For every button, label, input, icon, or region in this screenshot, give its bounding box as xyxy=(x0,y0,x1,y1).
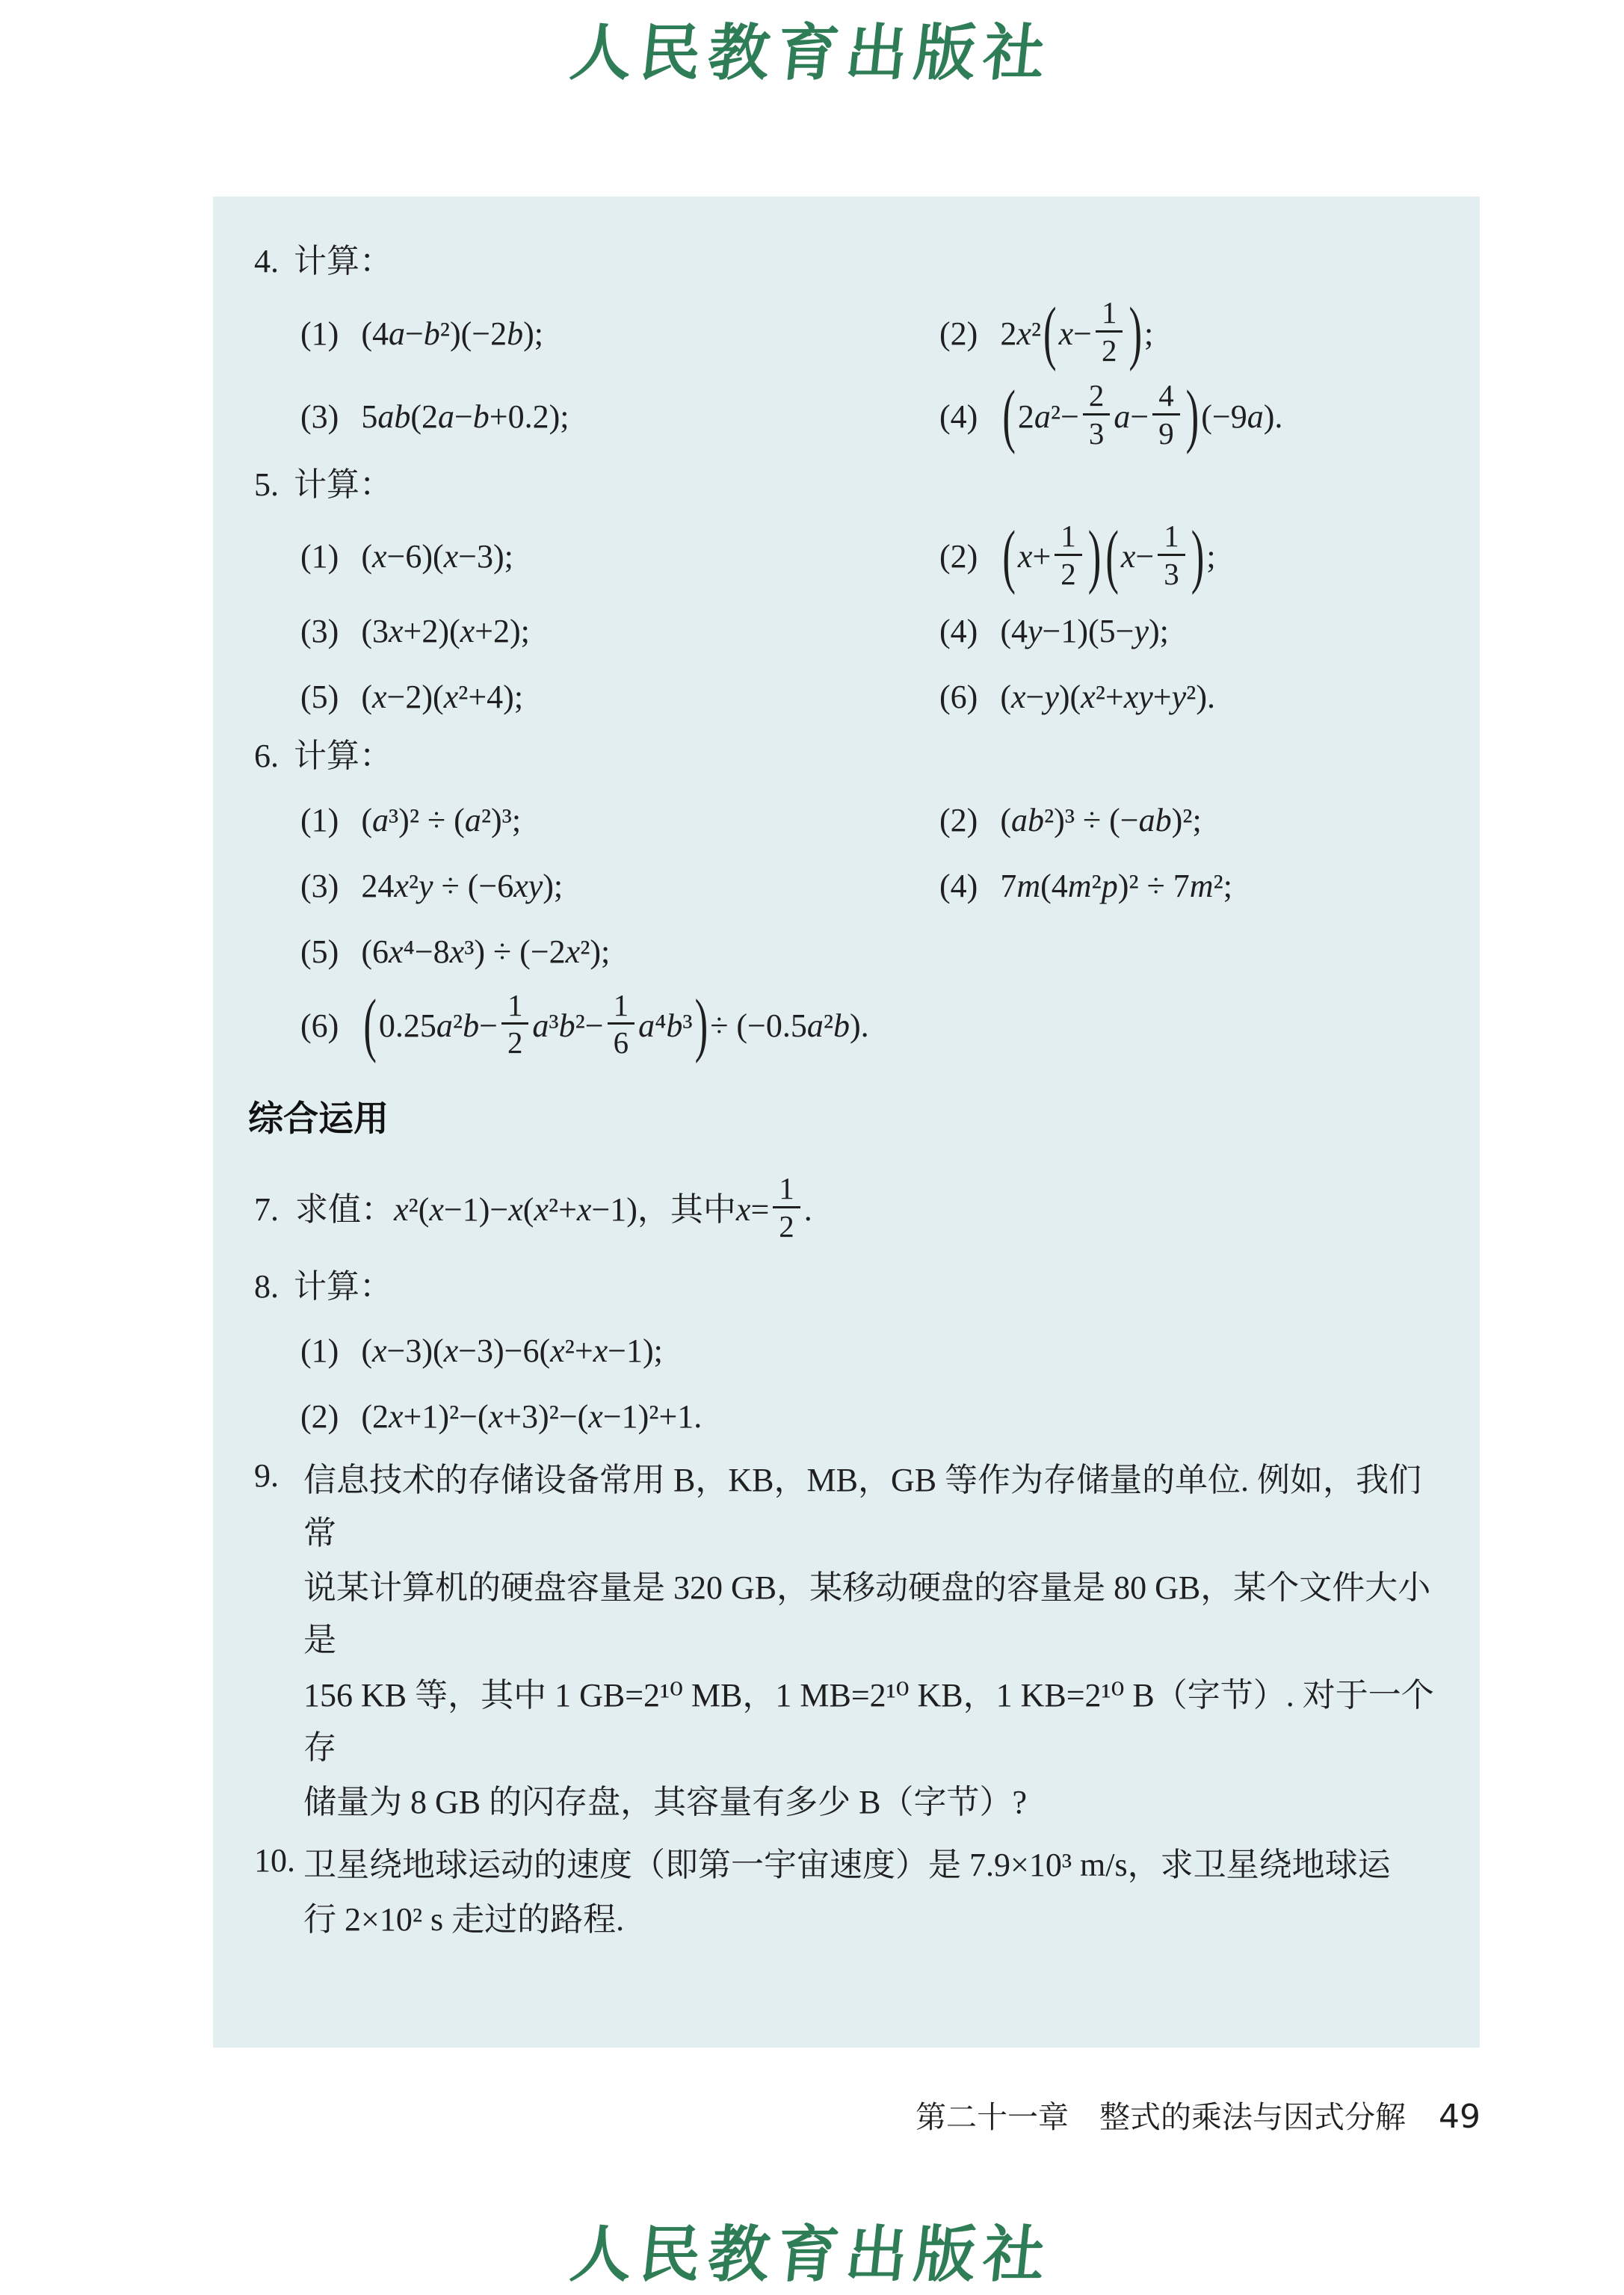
fraction-denominator: 2 xyxy=(1096,330,1123,368)
math-variable: ab xyxy=(377,398,410,435)
math-text: 2a²− xyxy=(1018,395,1079,438)
math-variable: y xyxy=(1134,613,1149,649)
item-row: (2)(2x+1)²−(x+3)²−(x−1)²+1. xyxy=(300,1389,1442,1444)
exercise-item: (3)24x²y ÷ (−6xy); xyxy=(300,865,932,907)
big-paren: ) xyxy=(695,990,708,1061)
fraction-denominator: 2 xyxy=(501,1022,528,1060)
math-text: x− xyxy=(1059,312,1092,355)
math-variable: a xyxy=(372,802,389,838)
item-label: (3) xyxy=(300,610,339,652)
big-paren: ( xyxy=(1002,381,1016,452)
publisher-logo-top: 人民教育出版社 xyxy=(0,4,1624,92)
math-text: (x−3)(x−3)−6(x²+x−1); xyxy=(361,1329,663,1372)
problem-heading: 4.计算： xyxy=(254,240,1442,282)
math-variable: x xyxy=(736,1191,751,1228)
math-variable: x xyxy=(1016,315,1031,352)
math-expression: (4y−1)(5−y); xyxy=(1000,610,1169,652)
math-expression: 24x²y ÷ (−6xy); xyxy=(361,865,563,907)
exercise-item: (4)(2a²−23a−49)(−9a). xyxy=(939,380,1442,453)
math-text: ; xyxy=(1206,535,1215,578)
math-variable: x xyxy=(389,613,404,649)
problem-items: (1)(4a−b²)(−2b);(2)2x²(x−12);(3)5ab(2a−b… xyxy=(300,297,1442,452)
problem-number: 5. xyxy=(254,463,279,506)
math-variable: p xyxy=(1102,868,1118,904)
math-variable: x xyxy=(550,1332,565,1369)
fraction-numerator: 2 xyxy=(1083,379,1110,413)
exercise-item: (2)(ab²)³ ÷ (−ab)²; xyxy=(939,799,1442,841)
math-variable: ab xyxy=(1139,802,1172,838)
exercise-item: (4)(4y−1)(5−y); xyxy=(939,610,1442,652)
problem-number: 9. xyxy=(254,1454,303,1832)
item-row: (1)(x−3)(x−3)−6(x²+x−1); xyxy=(300,1323,1442,1378)
fraction: 12 xyxy=(1096,296,1123,368)
math-expression: (a³)² ÷ (a²)³; xyxy=(361,799,521,841)
big-paren: ) xyxy=(1186,381,1200,452)
math-expression: 7m(4m²p)² ÷ 7m²; xyxy=(1000,865,1232,907)
math-text: (6x⁴−8x³) ÷ (−2x²); xyxy=(361,930,610,973)
fraction: 16 xyxy=(608,989,635,1061)
problem-number: 4. xyxy=(254,240,279,282)
item-label: (5) xyxy=(300,676,339,718)
math-variable: a xyxy=(436,1007,453,1044)
fraction: 49 xyxy=(1152,379,1179,451)
problem-title: 计算： xyxy=(294,1265,392,1308)
item-label: (2) xyxy=(300,1395,339,1438)
item-row: (5)(6x⁴−8x³) ÷ (−2x²); xyxy=(300,924,1442,980)
math-variable: x xyxy=(489,1398,504,1435)
math-variable: x xyxy=(577,1191,592,1228)
math-variable: a xyxy=(1034,398,1051,435)
problem-title: 计算： xyxy=(294,735,392,777)
problem-title: 计算： xyxy=(294,240,392,282)
math-expression: 5ab(2a−b+0.2); xyxy=(361,395,569,438)
math-expression: (x−2)(x²+4); xyxy=(361,676,523,718)
math-variable: b xyxy=(559,1007,575,1044)
item-row: (5)(x−2)(x²+4);(6)(x−y)(x²+xy+y²). xyxy=(300,669,1442,724)
item-label: (3) xyxy=(300,865,339,907)
item-row: (3)(3x+2)(x+2);(4)(4y−1)(5−y); xyxy=(300,603,1442,658)
fraction-denominator: 6 xyxy=(608,1022,635,1060)
item-label: (2) xyxy=(939,312,978,355)
word-problem: 10.卫星绕地球运动的速度（即第一宇宙速度）是 7.9×10³ m/s，求卫星绕… xyxy=(254,1839,1442,1949)
item-label: (2) xyxy=(939,535,978,578)
math-text: 7m(4m²p)² ÷ 7m²; xyxy=(1000,865,1232,907)
math-expression: (x−6)(x−3); xyxy=(361,535,513,578)
math-variable: x xyxy=(372,538,387,575)
math-variable: m xyxy=(1190,868,1214,904)
exercise-item: (4)7m(4m²p)² ÷ 7m²; xyxy=(939,865,1442,907)
math-expression: (2x+1)²−(x+3)²−(x−1)²+1. xyxy=(361,1395,702,1438)
fraction: 12 xyxy=(1055,519,1081,592)
exercise-item: (2)(2x+1)²−(x+3)²−(x−1)²+1. xyxy=(300,1395,1442,1438)
math-text: x− xyxy=(1121,535,1154,578)
math-variable: x xyxy=(444,679,459,715)
math-variable: a xyxy=(389,315,405,352)
math-text: a− xyxy=(1114,395,1149,438)
chapter-title: 第二十一章 整式的乘法与因式分解 xyxy=(916,2092,1406,2137)
exercise-item: (3)(3x+2)(x+2); xyxy=(300,610,932,652)
math-variable: m xyxy=(1016,868,1040,904)
exercise-panel: 4.计算：(1)(4a−b²)(−2b);(2)2x²(x−12);(3)5ab… xyxy=(213,197,1480,2048)
exercise-item: (3)5ab(2a−b+0.2); xyxy=(300,395,932,438)
math-variable: xy xyxy=(1124,679,1153,715)
item-label: (1) xyxy=(300,312,339,355)
fraction-denominator: 9 xyxy=(1152,413,1179,451)
problem-text: 信息技术的存储设备常用 B，KB，MB，GB 等作为存储量的单位. 例如，我们常… xyxy=(303,1454,1442,1832)
math-expression: (x−y)(x²+xy+y²). xyxy=(1000,676,1215,718)
math-variable: x xyxy=(389,1398,404,1435)
math-expression: (ab²)³ ÷ (−ab)²; xyxy=(1000,799,1201,841)
math-text: 5ab(2a−b+0.2); xyxy=(361,395,569,438)
item-label: (1) xyxy=(300,535,339,578)
big-paren: ) xyxy=(1191,521,1205,592)
math-variable: x xyxy=(444,1332,459,1369)
math-variable: x xyxy=(444,538,459,575)
item-row: (1)(4a−b²)(−2b);(2)2x²(x−12); xyxy=(300,297,1442,370)
math-variable: x xyxy=(1018,538,1033,575)
exercise-problem: 5.计算：(1)(x−6)(x−3);(2)(x+12)(x−13);(3)(3… xyxy=(254,463,1442,725)
problem-items: (1)(x−3)(x−3)−6(x²+x−1);(2)(2x+1)²−(x+3)… xyxy=(300,1323,1442,1444)
big-paren: ( xyxy=(1043,298,1057,369)
text-fragment: ，其中 xyxy=(637,1188,736,1231)
math-variable: x xyxy=(593,1332,608,1369)
math-variable: x xyxy=(1121,538,1136,575)
math-text: (ab²)³ ÷ (−ab)²; xyxy=(1000,799,1201,841)
math-text: ÷ (−0.5a²b). xyxy=(710,1004,868,1047)
fraction-numerator: 4 xyxy=(1152,379,1179,413)
math-variable: x xyxy=(372,679,387,715)
math-variable: y xyxy=(419,868,433,904)
problem-heading: 8.计算： xyxy=(254,1265,1442,1308)
problem-items: (1)(x−6)(x−3);(2)(x+12)(x−13);(3)(3x+2)(… xyxy=(300,521,1442,725)
item-label: (2) xyxy=(939,799,978,841)
math-text: (x−2)(x²+4); xyxy=(361,676,523,718)
fraction: 13 xyxy=(1158,519,1185,592)
text-line: 卫星绕地球运动的速度（即第一宇宙速度）是 7.9×10³ m/s，求卫星绕地球运 xyxy=(303,1839,1442,1891)
text-line: 156 KB 等，其中 1 GB=2¹⁰ MB，1 MB=2¹⁰ KB，1 KB… xyxy=(303,1669,1442,1775)
math-text: (4a−b²)(−2b); xyxy=(361,312,543,355)
big-paren: ) xyxy=(1129,298,1142,369)
math-expression: (6x⁴−8x³) ÷ (−2x²); xyxy=(361,930,610,973)
math-variable: b xyxy=(666,1007,682,1044)
math-variable: y xyxy=(1172,679,1187,715)
math-variable: a xyxy=(1114,398,1130,435)
fraction-denominator: 3 xyxy=(1083,413,1110,451)
fraction-numerator: 1 xyxy=(1055,519,1081,554)
item-label: (3) xyxy=(300,395,339,438)
math-variable: x xyxy=(372,1332,387,1369)
math-variable: ab xyxy=(1011,802,1044,838)
problems: 4.计算：(1)(4a−b²)(−2b);(2)2x²(x−12);(3)5ab… xyxy=(254,240,1442,1949)
math-text: x= xyxy=(736,1188,769,1231)
page-number: 49 xyxy=(1439,2098,1481,2136)
math-text: 0.25a²b− xyxy=(379,1004,498,1047)
math-variable: x xyxy=(508,1191,523,1228)
math-variable: xy xyxy=(513,868,543,904)
item-label: (4) xyxy=(939,865,978,907)
item-label: (4) xyxy=(939,395,978,438)
fraction: 23 xyxy=(1083,379,1110,451)
text-line: 说某计算机的硬盘容量是 320 GB，某移动硬盘的容量是 80 GB，某个文件大… xyxy=(303,1562,1442,1667)
math-text: (2x+1)²−(x+3)²−(x−1)²+1. xyxy=(361,1395,702,1438)
math-expression: 2x²(x−12); xyxy=(1000,297,1153,370)
math-variable: x xyxy=(588,1398,603,1435)
fraction-numerator: 1 xyxy=(1158,519,1185,554)
exercise-item: (5)(6x⁴−8x³) ÷ (−2x²); xyxy=(300,930,1442,973)
math-text: (4y−1)(5−y); xyxy=(1000,610,1169,652)
math-variable: x xyxy=(1059,315,1074,352)
item-label: (1) xyxy=(300,799,339,841)
math-variable: x xyxy=(394,868,409,904)
problem-heading: 6.计算： xyxy=(254,735,1442,777)
big-paren: ( xyxy=(1105,521,1119,592)
publisher-logo-bottom: 人民教育出版社 xyxy=(0,2206,1624,2294)
text-line: 行 2×10² s 走过的路程. xyxy=(303,1894,1442,1946)
math-variable: x xyxy=(389,933,404,970)
item-row: (6)(0.25a²b−12a³b²−16a⁴b³) ÷ (−0.5a²b). xyxy=(300,990,1442,1063)
big-paren: ( xyxy=(1002,521,1016,592)
math-variable: x xyxy=(429,1191,444,1228)
problem-text: 卫星绕地球运动的速度（即第一宇宙速度）是 7.9×10³ m/s，求卫星绕地球运… xyxy=(303,1839,1442,1949)
publisher-logo-text: 人民教育出版社 xyxy=(567,2220,1056,2291)
item-label: (4) xyxy=(939,610,978,652)
math-variable: y xyxy=(1028,613,1043,649)
problem-number: 8. xyxy=(254,1265,279,1308)
math-text: (3x+2)(x+2); xyxy=(361,610,530,652)
item-row: (1)(x−6)(x−3);(2)(x+12)(x−13); xyxy=(300,521,1442,593)
math-variable: a xyxy=(532,1007,549,1044)
exercise-item: (2)2x²(x−12); xyxy=(939,297,1442,370)
big-paren: ) xyxy=(1088,521,1102,592)
math-variable: x xyxy=(394,1191,409,1228)
fraction-denominator: 2 xyxy=(1055,554,1081,592)
problem-number: 10. xyxy=(254,1839,303,1949)
problem-title: 计算： xyxy=(294,463,392,506)
math-text: (a³)² ÷ (a²)³; xyxy=(361,799,521,841)
math-text: (x−6)(x−3); xyxy=(361,535,513,578)
exercise-item: (1)(x−3)(x−3)−6(x²+x−1); xyxy=(300,1329,1442,1372)
math-text: . xyxy=(804,1188,812,1231)
math-variable: x xyxy=(1081,679,1096,715)
math-variable: x xyxy=(534,1191,549,1228)
big-paren: ( xyxy=(363,990,377,1061)
math-variable: x xyxy=(1011,679,1026,715)
math-variable: b xyxy=(507,315,523,352)
math-text: (−9a). xyxy=(1201,395,1282,438)
math-expression: (x+12)(x−13); xyxy=(1000,521,1215,593)
exercise-item: (2)(x+12)(x−13); xyxy=(939,521,1442,593)
math-variable: a xyxy=(807,1007,824,1044)
exercise-item: (6)(x−y)(x²+xy+y²). xyxy=(939,676,1442,718)
text-line: 储量为 8 GB 的闪存盘，其容量有多少 B（字节）? xyxy=(303,1776,1442,1829)
problem-number: 6. xyxy=(254,735,279,777)
item-label: (6) xyxy=(300,1004,339,1047)
math-variable: y xyxy=(1044,679,1059,715)
exercise-item: (5)(x−2)(x²+4); xyxy=(300,676,932,718)
math-expression: (4a−b²)(−2b); xyxy=(361,312,543,355)
math-text: x²(x−1)−x(x²+x−1) xyxy=(394,1188,637,1231)
fraction: 12 xyxy=(773,1172,800,1244)
math-variable: b xyxy=(473,398,490,435)
section-heading: 综合运用 xyxy=(248,1096,1442,1142)
math-text: ; xyxy=(1144,312,1153,355)
math-variable: x xyxy=(450,933,465,970)
item-label: (6) xyxy=(939,676,978,718)
page-footer: 第二十一章 整式的乘法与因式分解 49 xyxy=(916,2092,1481,2137)
math-text: 2x² xyxy=(1000,312,1041,355)
text-fragment: 求值： xyxy=(295,1188,394,1231)
fraction-numerator: 1 xyxy=(608,989,635,1023)
exercise-item: (1)(4a−b²)(−2b); xyxy=(300,312,932,355)
exercise-problem: 4.计算：(1)(4a−b²)(−2b);(2)2x²(x−12);(3)5ab… xyxy=(254,240,1442,453)
math-variable: x xyxy=(566,933,581,970)
textbook-page: { "logo": { "text": "人民教育出版社", "color": … xyxy=(0,0,1624,2295)
exercise-item: (1)(a³)² ÷ (a²)³; xyxy=(300,799,932,841)
publisher-logo-text: 人民教育出版社 xyxy=(567,18,1056,89)
math-variable: b xyxy=(463,1007,479,1044)
problem-items: (1)(a³)² ÷ (a²)³;(2)(ab²)³ ÷ (−ab)²;(3)2… xyxy=(300,793,1442,1063)
math-expression: 求值：x²(x−1)−x(x²+x−1)，其中 x=12. xyxy=(295,1173,812,1246)
math-text: (x−y)(x²+xy+y²). xyxy=(1000,676,1215,718)
inline-problem: 7.求值：x²(x−1)−x(x²+x−1)，其中 x=12. xyxy=(254,1173,1442,1246)
fraction-numerator: 1 xyxy=(1096,296,1123,330)
exercise-problem: 8.计算：(1)(x−3)(x−3)−6(x²+x−1);(2)(2x+1)²−… xyxy=(254,1265,1442,1444)
text-line: 信息技术的存储设备常用 B，KB，MB，GB 等作为存储量的单位. 例如，我们常 xyxy=(303,1454,1442,1560)
problem-heading: 5.计算： xyxy=(254,463,1442,506)
item-row: (3)5ab(2a−b+0.2);(4)(2a²−23a−49)(−9a). xyxy=(300,380,1442,453)
math-variable: a xyxy=(1247,398,1264,435)
fraction-numerator: 1 xyxy=(773,1172,800,1206)
math-text: a⁴b³ xyxy=(638,1004,693,1047)
math-expression: (3x+2)(x+2); xyxy=(361,610,530,652)
exercise-problem: 6.计算：(1)(a³)² ÷ (a²)³;(2)(ab²)³ ÷ (−ab)²… xyxy=(254,735,1442,1062)
item-label: (1) xyxy=(300,1329,339,1372)
math-text: x+ xyxy=(1018,535,1051,578)
fraction-numerator: 1 xyxy=(501,989,528,1023)
item-label: (5) xyxy=(300,930,339,973)
item-row: (3)24x²y ÷ (−6xy);(4)7m(4m²p)² ÷ 7m²; xyxy=(300,859,1442,914)
math-variable: a xyxy=(438,398,454,435)
math-variable: x xyxy=(460,613,475,649)
fraction-denominator: 2 xyxy=(773,1206,800,1244)
word-problem: 9.信息技术的存储设备常用 B，KB，MB，GB 等作为存储量的单位. 例如，我… xyxy=(254,1454,1442,1832)
item-row: (1)(a³)² ÷ (a²)³;(2)(ab²)³ ÷ (−ab)²; xyxy=(300,793,1442,848)
math-variable: b xyxy=(833,1007,850,1044)
exercise-item: (6)(0.25a²b−12a³b²−16a⁴b³) ÷ (−0.5a²b). xyxy=(300,990,1442,1063)
math-text: 24x²y ÷ (−6xy); xyxy=(361,865,563,907)
math-variable: b xyxy=(424,315,440,352)
math-expression: (0.25a²b−12a³b²−16a⁴b³) ÷ (−0.5a²b). xyxy=(361,990,868,1063)
math-variable: m xyxy=(1068,868,1092,904)
math-variable: a xyxy=(638,1007,655,1044)
exercise-item: (1)(x−6)(x−3); xyxy=(300,535,932,578)
math-expression: (2a²−23a−49)(−9a). xyxy=(1000,380,1282,453)
problem-number: 7. xyxy=(254,1188,279,1231)
fraction-denominator: 3 xyxy=(1158,554,1185,592)
fraction: 12 xyxy=(501,989,528,1061)
math-expression: (x−3)(x−3)−6(x²+x−1); xyxy=(361,1329,663,1372)
math-text: a³b²− xyxy=(532,1004,603,1047)
math-variable: a xyxy=(465,802,481,838)
